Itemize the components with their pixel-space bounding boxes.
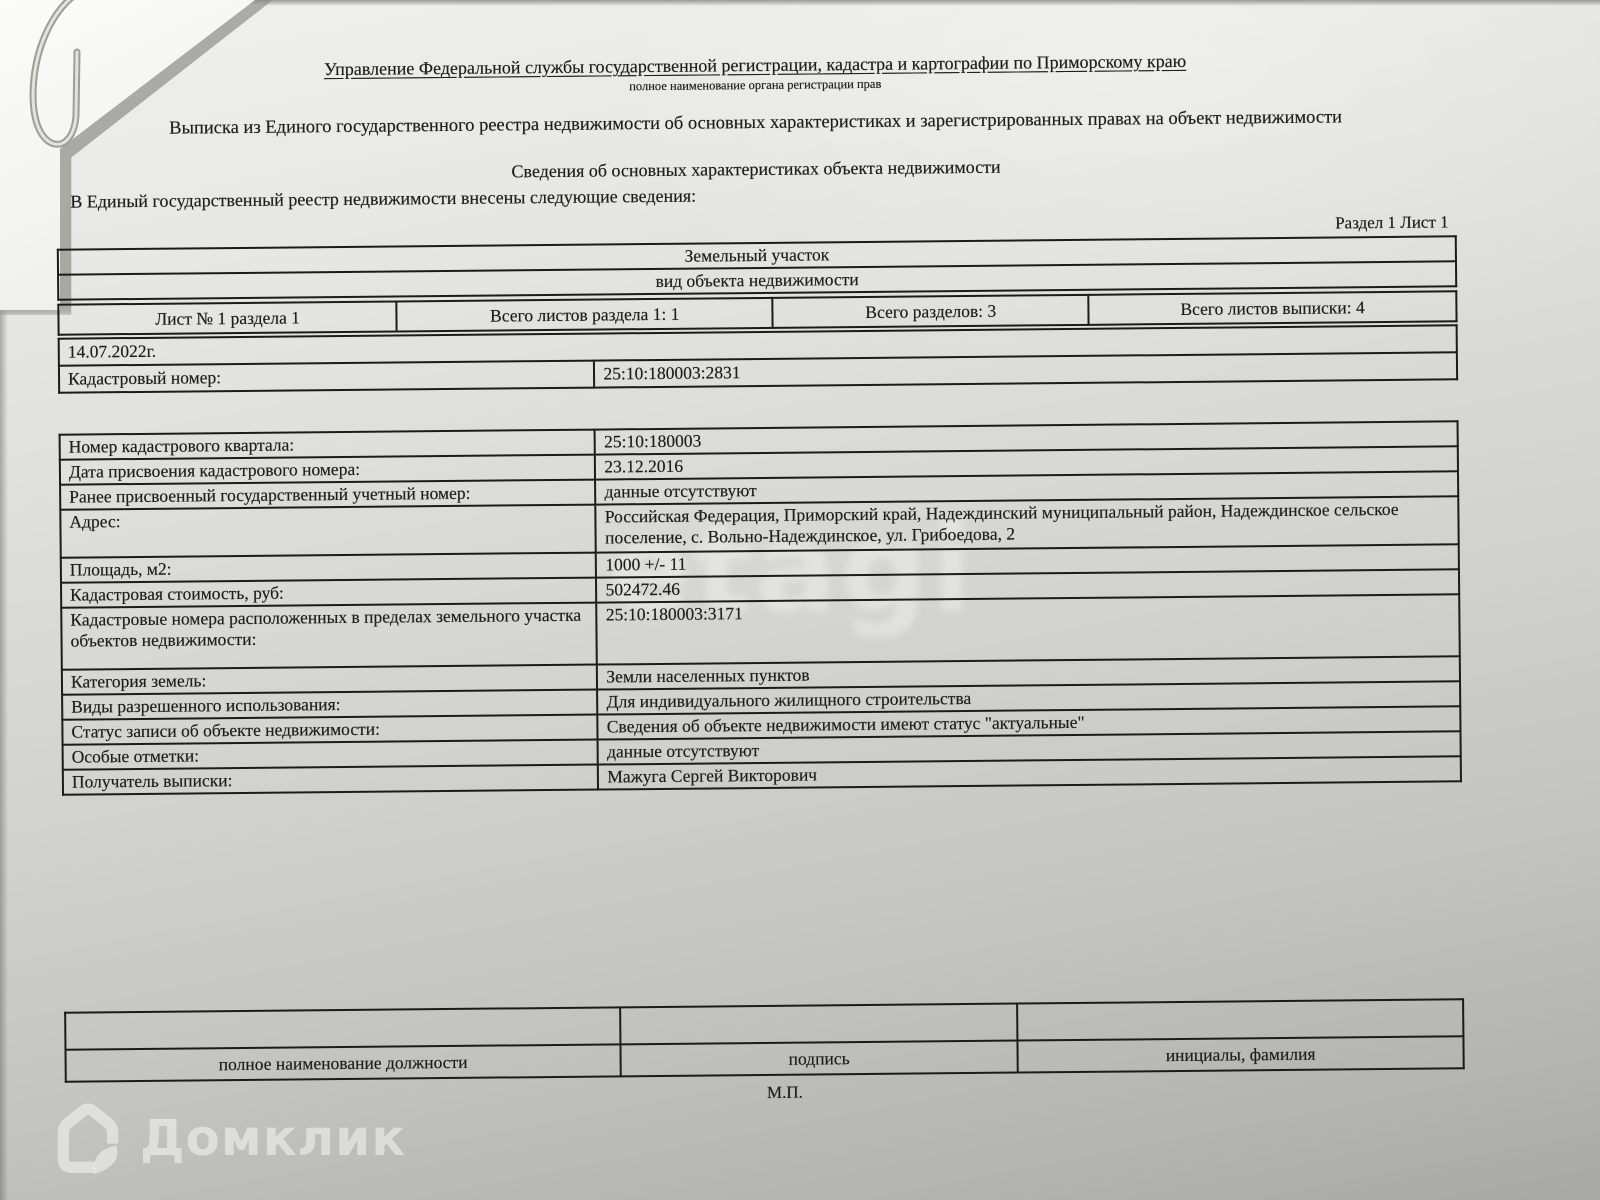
initials-column-label: инициалы, фамилия bbox=[1017, 1036, 1463, 1072]
detail-label-cell: Получатель выписки: bbox=[63, 765, 599, 795]
sheet-number-cell: Лист № 1 раздела 1 bbox=[58, 301, 397, 334]
extract-sheets-total-cell: Всего листов выписки: 4 bbox=[1089, 291, 1457, 325]
signature-empty-cell bbox=[620, 1004, 1017, 1045]
detail-value-cell: 25:10:180003:3171 bbox=[597, 594, 1460, 664]
document-page: Управление Федеральной службы государств… bbox=[55, 48, 1465, 1109]
domclick-watermark: Домклик bbox=[52, 1098, 406, 1178]
domclick-watermark-text: Домклик bbox=[140, 1109, 406, 1167]
detail-value-cell: Российская Федерация, Приморский край, Н… bbox=[596, 496, 1459, 552]
cadastral-number-label: Кадастровый номер: bbox=[59, 361, 595, 393]
document-photo: etagi Управление Федеральной службы госу… bbox=[0, 0, 1600, 1200]
signature-empty-cell bbox=[65, 1007, 620, 1049]
document-title: Выписка из Единого государственного реес… bbox=[56, 106, 1456, 140]
signature-column-label: подпись bbox=[620, 1041, 1017, 1077]
position-column-label: полное наименование должности bbox=[65, 1044, 620, 1081]
detail-label-cell: Кадастровые номера расположенных в преде… bbox=[61, 603, 597, 670]
object-type-table: Земельный участок вид объекта недвижимос… bbox=[57, 235, 1457, 300]
signature-table: полное наименование должности подпись ин… bbox=[64, 998, 1465, 1082]
date-table: 14.07.2022г. Кадастровый номер: 25:10:18… bbox=[58, 324, 1458, 393]
detail-label-cell: Адрес: bbox=[60, 505, 596, 558]
sections-total-cell: Всего разделов: 3 bbox=[773, 295, 1089, 328]
details-table: Номер кадастрового квартала: 25:10:18000… bbox=[59, 420, 1462, 795]
signature-empty-cell bbox=[1017, 999, 1463, 1040]
domclick-logo-icon bbox=[52, 1098, 124, 1178]
section-sheets-total-cell: Всего листов раздела 1: 1 bbox=[397, 298, 773, 332]
